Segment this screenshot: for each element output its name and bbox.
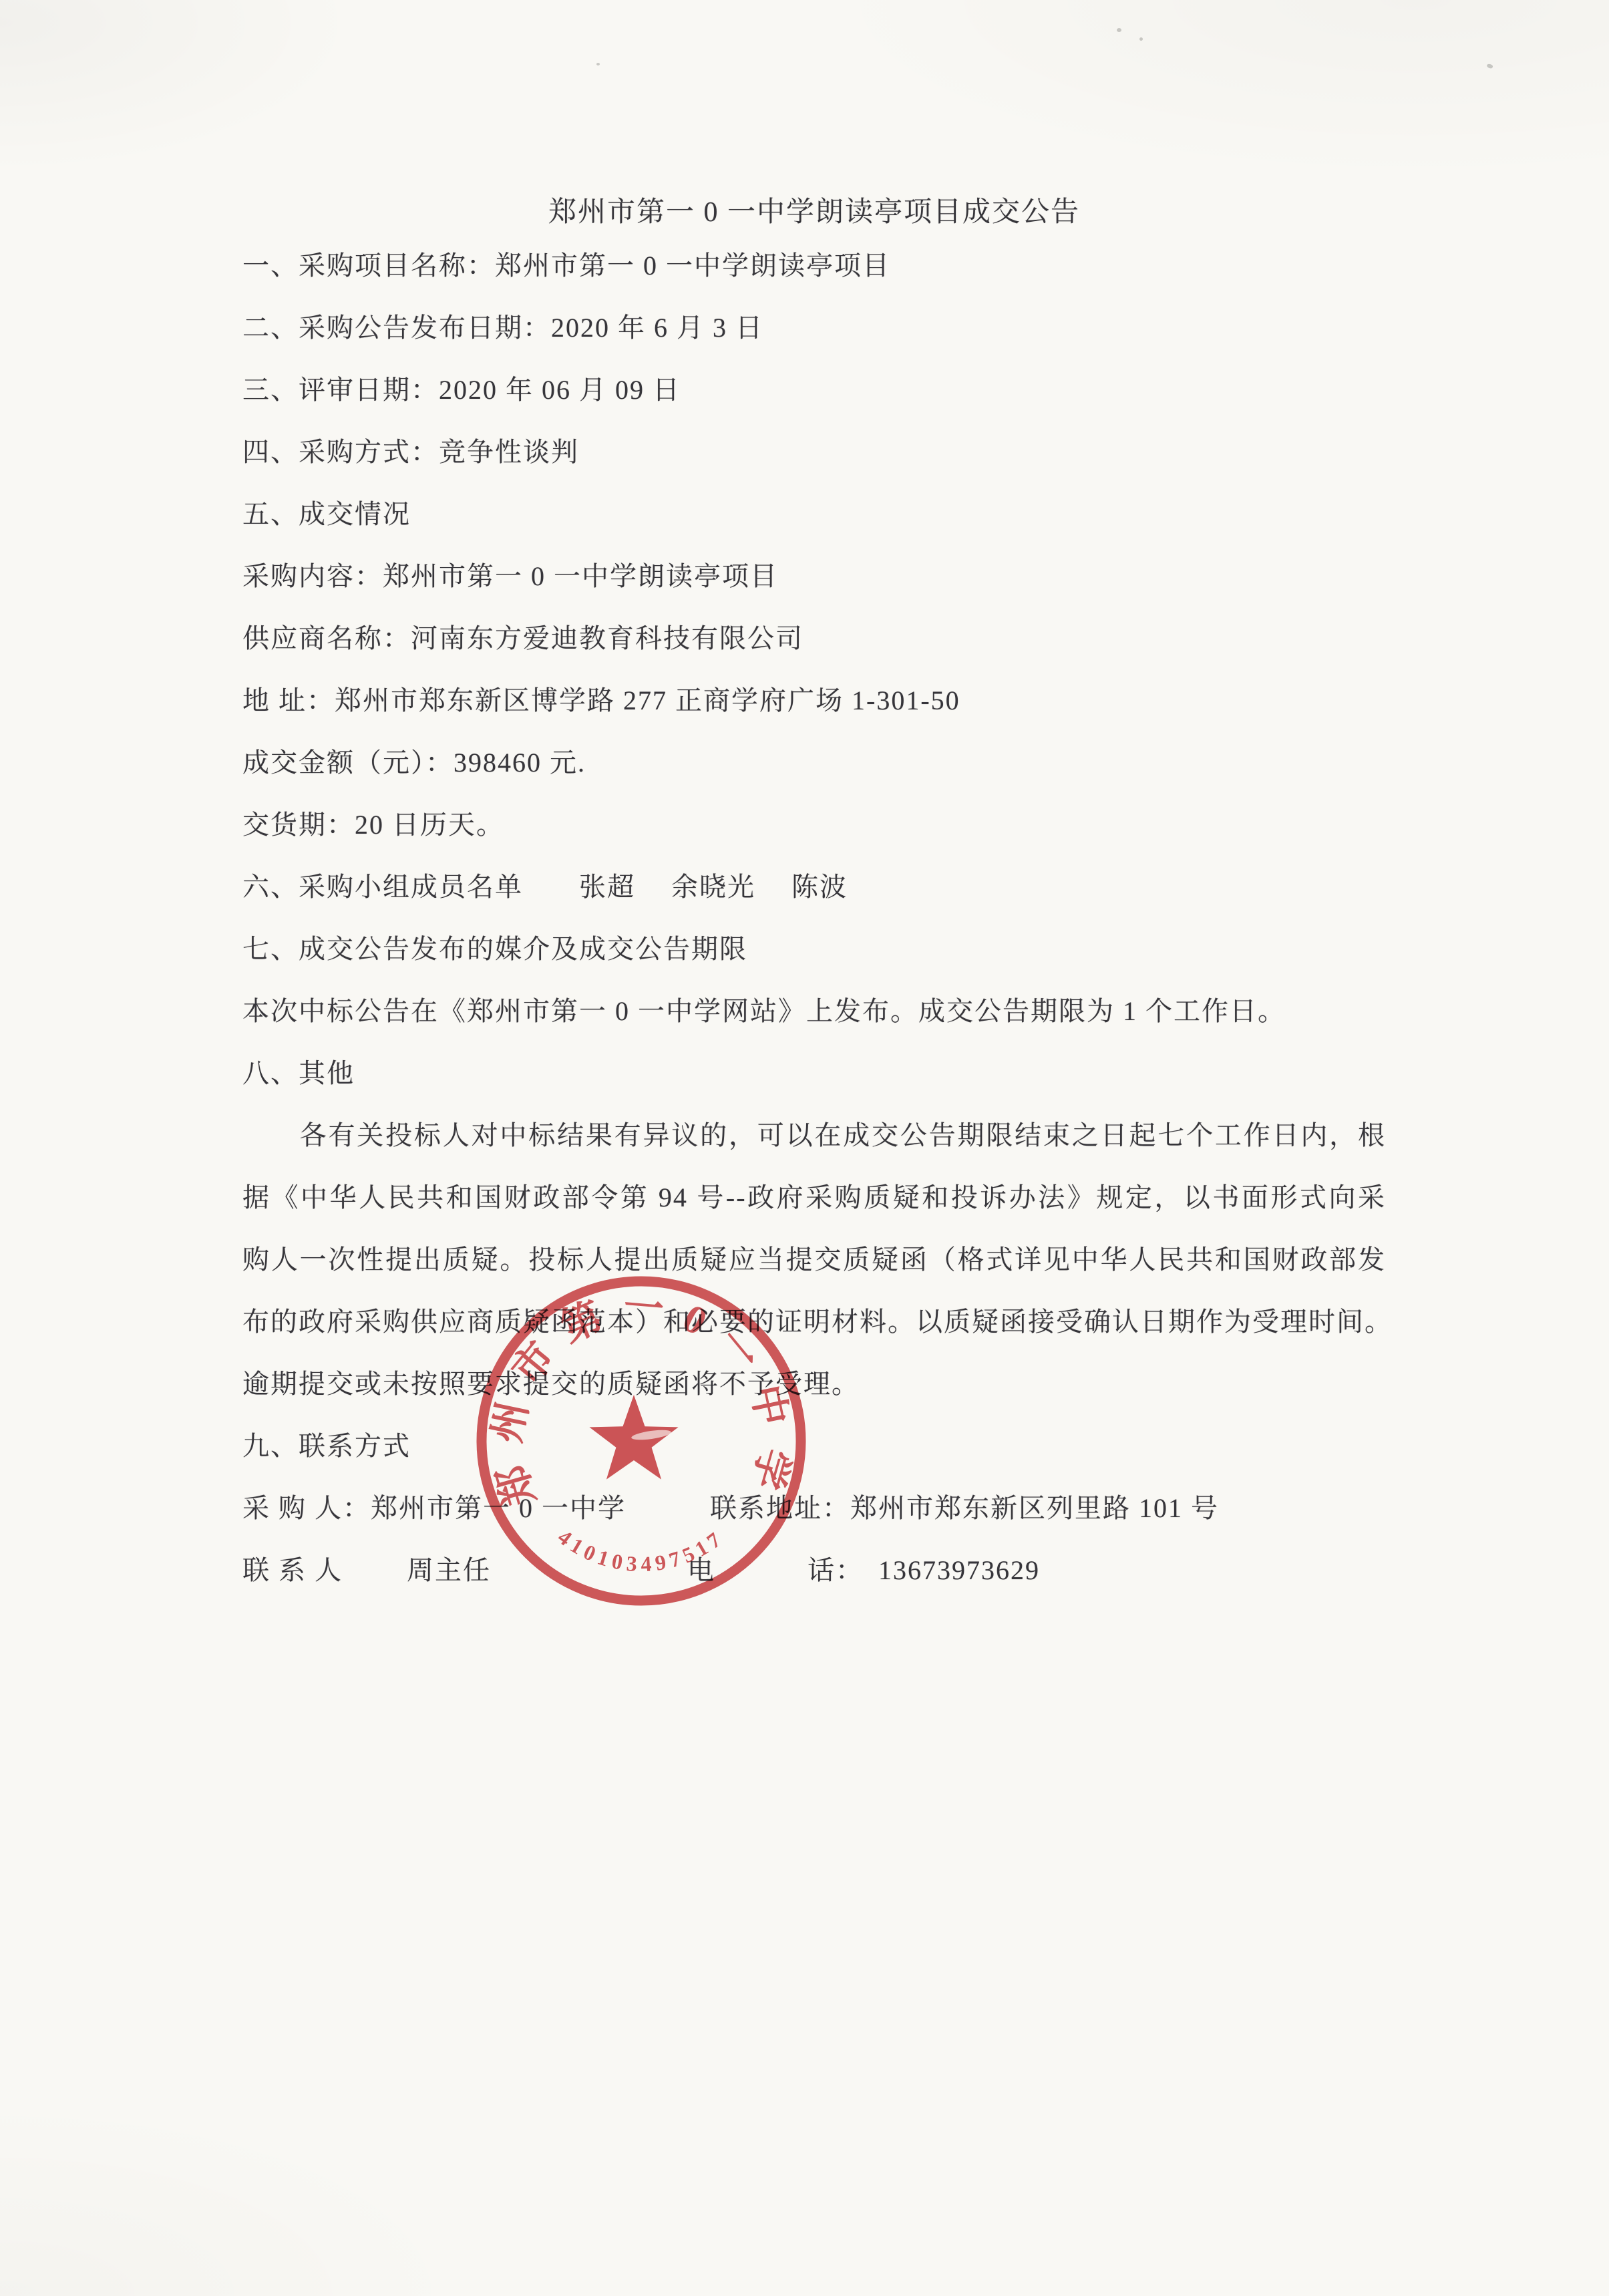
supplier-name-line: 供应商名称：河南东方爱迪教育科技有限公司 bbox=[242, 607, 1386, 669]
delivery-period-line: 交货期：20 日历天。 bbox=[242, 794, 1386, 856]
seal-number: 410103497517 bbox=[554, 1524, 729, 1576]
item-6-panel-members: 六、采购小组成员名单 张超 余晓光 陈波 bbox=[242, 856, 1386, 918]
item-8-other: 八、其他 bbox=[242, 1042, 1386, 1104]
other-paragraph-line-1: 各有关投标人对中标结果有异议的，可以在成交公告期限结束之日起七个工作日内，根 bbox=[242, 1104, 1386, 1166]
scan-speck bbox=[1139, 37, 1143, 41]
seal-star-icon bbox=[589, 1395, 678, 1480]
deal-amount-line: 成交金额（元）：398460 元. bbox=[242, 731, 1386, 794]
item-7-media-period: 七、成交公告发布的媒介及成交公告期限 bbox=[242, 918, 1386, 980]
other-paragraph-line-2: 据《中华人民共和国财政部令第 94 号--政府采购质疑和投诉办法》规定，以书面形… bbox=[242, 1166, 1386, 1228]
item-5-deal-status: 五、成交情况 bbox=[242, 483, 1386, 545]
item-2-announce-date: 二、采购公告发布日期：2020 年 6 月 3 日 bbox=[242, 297, 1386, 359]
item-3-review-date: 三、评审日期：2020 年 06 月 09 日 bbox=[242, 359, 1386, 421]
item-4-purchase-method: 四、采购方式：竞争性谈判 bbox=[242, 421, 1386, 483]
scan-speck bbox=[1486, 63, 1493, 69]
scan-speck bbox=[596, 63, 600, 65]
scan-speck bbox=[1117, 28, 1121, 32]
deal-content-line: 采购内容：郑州市第一 0 一中学朗读亭项目 bbox=[242, 545, 1386, 607]
announce-media-line: 本次中标公告在《郑州市第一 0 一中学网站》上发布。成交公告期限为 1 个工作日… bbox=[242, 980, 1386, 1042]
item-1-project-name: 一、采购项目名称：郑州市第一 0 一中学朗读亭项目 bbox=[242, 234, 1386, 297]
document-page: 郑州市第一 0 一中学朗读亭项目成交公告 一、采购项目名称：郑州市第一 0 一中… bbox=[0, 0, 1609, 2296]
svg-text:410103497517: 410103497517 bbox=[554, 1524, 729, 1576]
official-seal-stamp: 郑州市第一0一中学 410103497517 bbox=[468, 1267, 815, 1615]
supplier-address-line: 地 址：郑州市郑东新区博学路 277 正商学府广场 1-301-50 bbox=[242, 669, 1386, 731]
